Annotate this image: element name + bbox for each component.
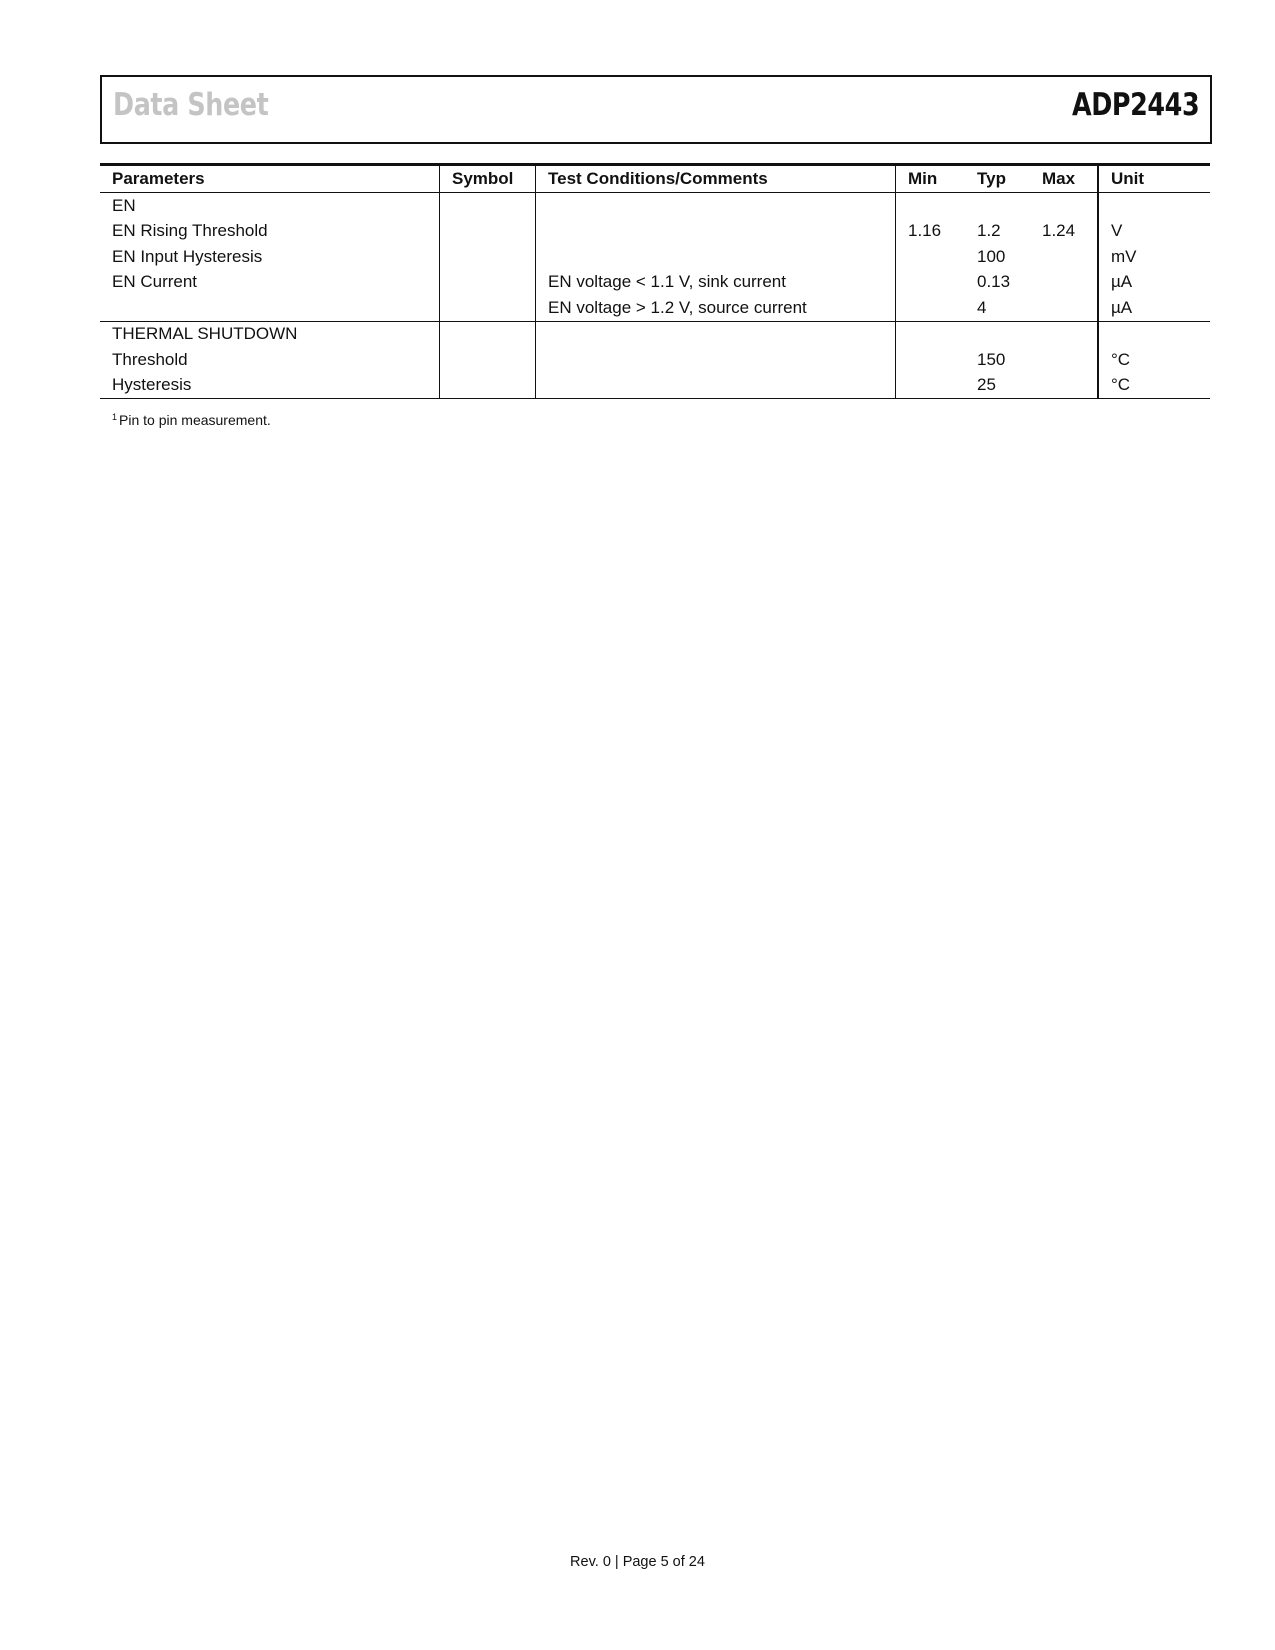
group-title: EN <box>100 193 440 219</box>
cell-test-conditions <box>536 244 896 270</box>
cell-unit <box>1098 193 1210 219</box>
column-header-min: Min <box>896 165 966 193</box>
page-footer: Rev. 0 | Page 5 of 24 <box>0 1554 1275 1570</box>
table-header-row: Parameters Symbol Test Conditions/Commen… <box>100 165 1210 193</box>
cell-test-conditions: EN voltage < 1.1 V, sink current <box>536 270 896 296</box>
cell-min <box>896 321 966 347</box>
cell-max <box>1030 270 1098 296</box>
cell-test-conditions <box>536 347 896 373</box>
cell-max <box>1030 347 1098 373</box>
part-number-title: ADP2443 <box>1072 87 1199 123</box>
cell-parameter: Hysteresis <box>100 373 440 399</box>
table-row: Threshold150°C <box>100 347 1210 373</box>
table-row: EN CurrentEN voltage < 1.1 V, sink curre… <box>100 270 1210 296</box>
cell-test-conditions: EN voltage > 1.2 V, source current <box>536 295 896 321</box>
group-title: THERMAL SHUTDOWN <box>100 321 440 347</box>
cell-max: 1.24 <box>1030 219 1098 245</box>
cell-typ <box>965 193 1030 219</box>
cell-symbol <box>440 321 536 347</box>
cell-symbol <box>440 347 536 373</box>
page-header: Data Sheet ADP2443 <box>100 75 1212 144</box>
table-row: EN voltage > 1.2 V, source current4µA <box>100 295 1210 321</box>
table-row: Hysteresis25°C <box>100 373 1210 399</box>
cell-typ: 150 <box>965 347 1030 373</box>
cell-typ <box>965 321 1030 347</box>
cell-unit: µA <box>1098 295 1210 321</box>
cell-parameter <box>100 295 440 321</box>
table-group-row: EN <box>100 193 1210 219</box>
cell-symbol <box>440 244 536 270</box>
column-header-typ: Typ <box>965 165 1030 193</box>
table-row: EN Rising Threshold1.161.21.24V <box>100 219 1210 245</box>
table-group-row: THERMAL SHUTDOWN <box>100 321 1210 347</box>
cell-min <box>896 193 966 219</box>
cell-parameter: EN Input Hysteresis <box>100 244 440 270</box>
cell-symbol <box>440 270 536 296</box>
column-header-max: Max <box>1030 165 1098 193</box>
cell-symbol <box>440 219 536 245</box>
cell-typ: 1.2 <box>965 219 1030 245</box>
cell-unit: µA <box>1098 270 1210 296</box>
cell-parameter: EN Current <box>100 270 440 296</box>
cell-max <box>1030 373 1098 399</box>
cell-symbol <box>440 295 536 321</box>
cell-unit: V <box>1098 219 1210 245</box>
cell-unit: °C <box>1098 347 1210 373</box>
cell-max <box>1030 321 1098 347</box>
cell-test-conditions <box>536 219 896 245</box>
cell-unit: °C <box>1098 373 1210 399</box>
cell-unit <box>1098 321 1210 347</box>
cell-unit: mV <box>1098 244 1210 270</box>
table-row: EN Input Hysteresis100mV <box>100 244 1210 270</box>
cell-parameter: Threshold <box>100 347 440 373</box>
document-type-title: Data Sheet <box>113 87 268 123</box>
cell-min <box>896 347 966 373</box>
footnote-marker: 1 <box>112 412 117 422</box>
cell-min <box>896 373 966 399</box>
cell-typ: 100 <box>965 244 1030 270</box>
cell-min <box>896 244 966 270</box>
cell-test-conditions <box>536 373 896 399</box>
cell-symbol <box>440 373 536 399</box>
column-header-test-conditions: Test Conditions/Comments <box>536 165 896 193</box>
cell-min <box>896 295 966 321</box>
column-header-symbol: Symbol <box>440 165 536 193</box>
column-header-parameters: Parameters <box>100 165 440 193</box>
cell-typ: 25 <box>965 373 1030 399</box>
cell-test-conditions <box>536 193 896 219</box>
specifications-table: Parameters Symbol Test Conditions/Commen… <box>100 163 1210 399</box>
cell-parameter: EN Rising Threshold <box>100 219 440 245</box>
table-body: ENEN Rising Threshold1.161.21.24VEN Inpu… <box>100 193 1210 399</box>
cell-max <box>1030 193 1098 219</box>
cell-min: 1.16 <box>896 219 966 245</box>
cell-typ: 0.13 <box>965 270 1030 296</box>
column-header-unit: Unit <box>1098 165 1210 193</box>
cell-max <box>1030 295 1098 321</box>
cell-max <box>1030 244 1098 270</box>
cell-test-conditions <box>536 321 896 347</box>
cell-min <box>896 270 966 296</box>
footnote: 1Pin to pin measurement. <box>112 412 271 428</box>
cell-typ: 4 <box>965 295 1030 321</box>
footnote-text: Pin to pin measurement. <box>119 412 271 428</box>
cell-symbol <box>440 193 536 219</box>
